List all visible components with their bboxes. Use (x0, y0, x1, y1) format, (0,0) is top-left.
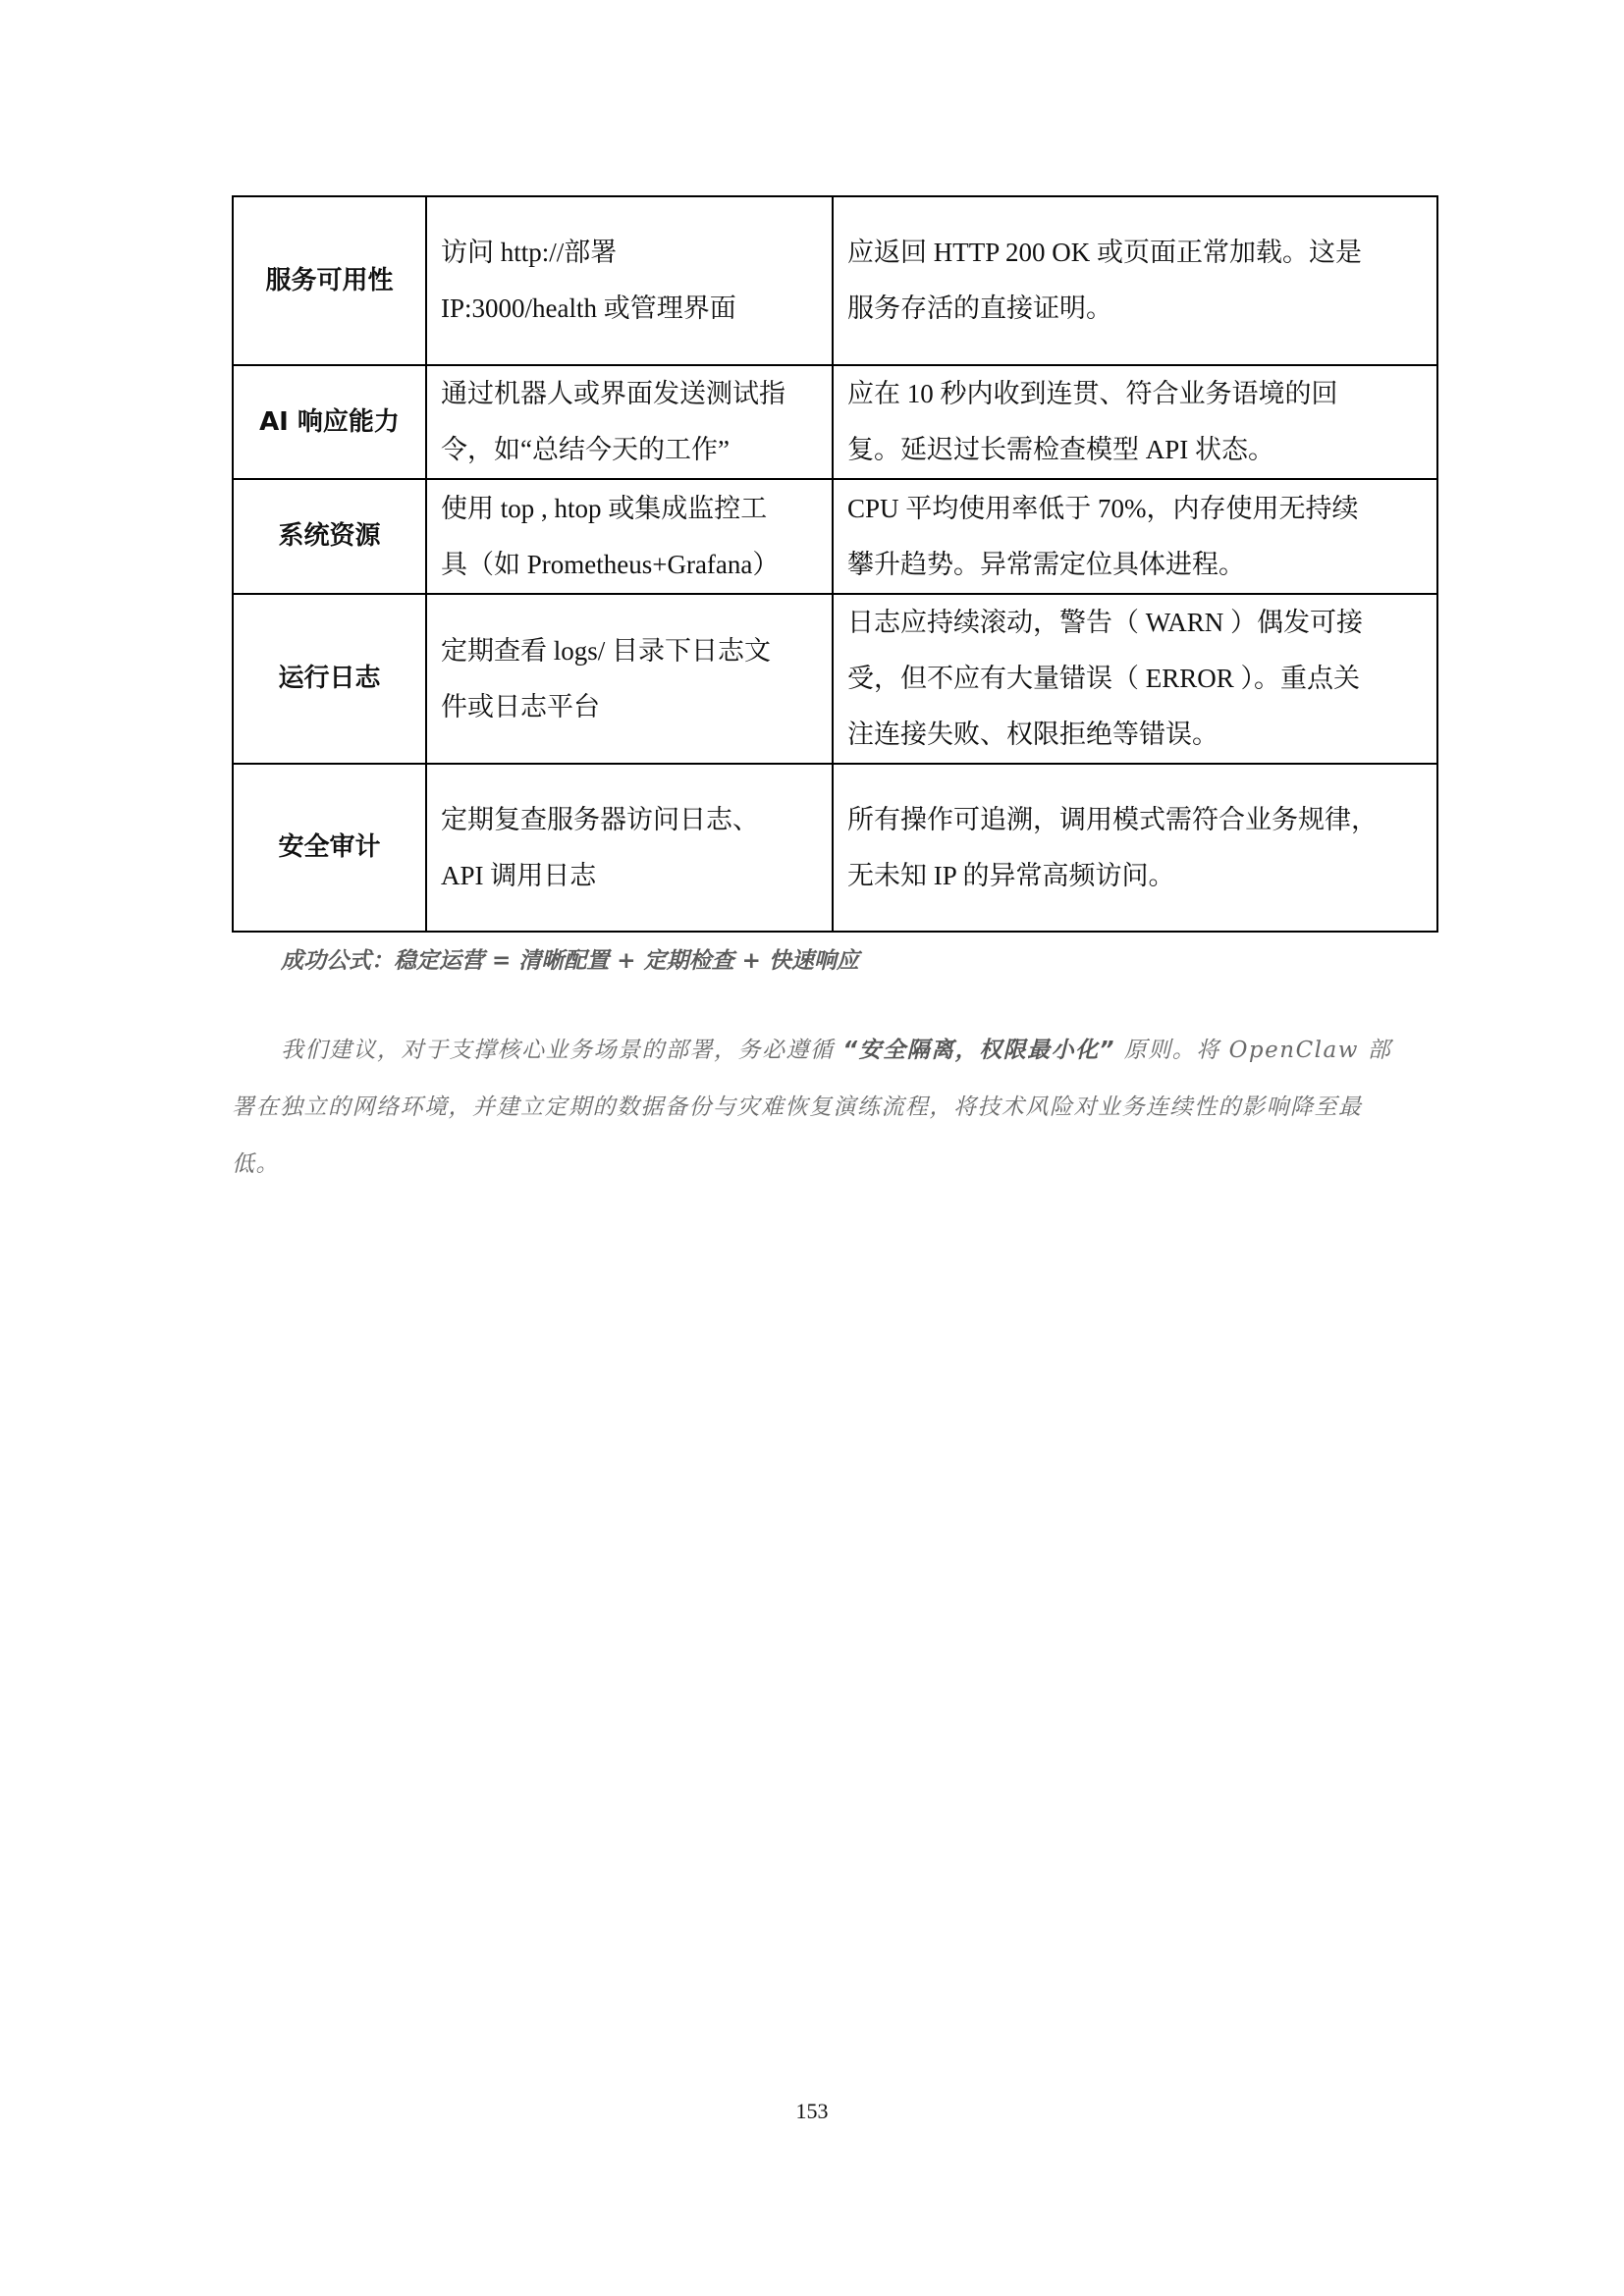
table-row: 运行日志 定期查看 logs/ 目录下日志文 件或日志平台 日志应持续滚动，警告… (233, 594, 1437, 764)
check-standard-line: 服务存活的直接证明。 (847, 281, 1423, 337)
check-method-line: 定期复查服务器访问日志、 (441, 792, 818, 848)
check-standard-cell: 应在 10 秒内收到连贯、符合业务语境的回 复。延迟过长需检查模型 API 状态… (833, 365, 1437, 479)
check-method-line: 通过机器人或界面发送测试指 (441, 366, 818, 422)
check-standard-cell: 应返回 HTTP 200 OK 或页面正常加载。这是 服务存活的直接证明。 (833, 196, 1437, 365)
check-item-cell: 运行日志 (233, 594, 426, 764)
check-method-cell: 使用 top , htop 或集成监控工 具（如 Prometheus+Graf… (426, 479, 833, 594)
check-item-label: 系统资源 (240, 508, 419, 564)
check-standard-line: 攀升趋势。异常需定位具体进程。 (847, 537, 1423, 593)
table-row: 服务可用性 访问 http://部署 IP:3000/health 或管理界面 … (233, 196, 1437, 365)
table-row: 系统资源 使用 top , htop 或集成监控工 具（如 Prometheus… (233, 479, 1437, 594)
check-standard-line: 所有操作可追溯，调用模式需符合业务规律， (847, 792, 1423, 848)
check-method-line: 件或日志平台 (441, 679, 818, 735)
check-standard-line: 受，但不应有大量错误（ ERROR ）。重点关 (847, 651, 1423, 707)
check-standard-line: 应在 10 秒内收到连贯、符合业务语境的回 (847, 366, 1423, 422)
check-standard-line: 应返回 HTTP 200 OK 或页面正常加载。这是 (847, 225, 1423, 281)
check-method-cell: 定期复查服务器访问日志、 API 调用日志 (426, 764, 833, 932)
table-row: AI 响应能力 通过机器人或界面发送测试指 令，如“总结今天的工作” 应在 10… (233, 365, 1437, 479)
check-item-cell: 服务可用性 (233, 196, 426, 365)
check-method-line: 具（如 Prometheus+Grafana） (441, 537, 818, 593)
check-method-cell: 定期查看 logs/ 目录下日志文 件或日志平台 (426, 594, 833, 764)
check-item-cell: 系统资源 (233, 479, 426, 594)
check-method-line: API 调用日志 (441, 848, 818, 904)
table-row: 安全审计 定期复查服务器访问日志、 API 调用日志 所有操作可追溯，调用模式需… (233, 764, 1437, 932)
check-standard-line: CPU 平均使用率低于 70%，内存使用无持续 (847, 481, 1423, 537)
check-method-line: IP:3000/health 或管理界面 (441, 281, 818, 337)
document-page: 服务可用性 访问 http://部署 IP:3000/health 或管理界面 … (0, 0, 1624, 2296)
check-standard-cell: 所有操作可追溯，调用模式需符合业务规律， 无未知 IP 的异常高频访问。 (833, 764, 1437, 932)
check-method-line: 使用 top , htop 或集成监控工 (441, 481, 818, 537)
success-formula: 成功公式：稳定运营 = 清晰配置 + 定期检查 + 快速响应 (281, 942, 859, 975)
check-standard-line: 无未知 IP 的异常高频访问。 (847, 848, 1423, 904)
check-standard-line: 注连接失败、权限拒绝等错误。 (847, 707, 1423, 763)
check-standard-cell: 日志应持续滚动，警告（ WARN ）偶发可接 受，但不应有大量错误（ ERROR… (833, 594, 1437, 764)
recommendation-emphasis: “安全隔离，权限最小化” (842, 1038, 1115, 1063)
check-standard-line: 复。延迟过长需检查模型 API 状态。 (847, 422, 1423, 478)
check-method-cell: 通过机器人或界面发送测试指 令，如“总结今天的工作” (426, 365, 833, 479)
recommendation-paragraph: 我们建议，对于支撑核心业务场景的部署，务必遵循 “安全隔离，权限最小化” 原则。… (232, 1022, 1410, 1193)
check-item-label: 服务可用性 (240, 253, 419, 309)
check-method-line: 定期查看 logs/ 目录下日志文 (441, 623, 818, 679)
check-method-line: 令，如“总结今天的工作” (441, 422, 818, 478)
check-method-line: 访问 http://部署 (441, 225, 818, 281)
recommendation-text-before: 我们建议，对于支撑核心业务场景的部署，务必遵循 (281, 1038, 842, 1063)
check-item-label: 安全审计 (240, 820, 419, 876)
check-item-label: AI 响应能力 (240, 395, 419, 451)
check-item-cell: AI 响应能力 (233, 365, 426, 479)
check-item-label: 运行日志 (240, 651, 419, 707)
check-standard-cell: CPU 平均使用率低于 70%，内存使用无持续 攀升趋势。异常需定位具体进程。 (833, 479, 1437, 594)
check-standard-line: 日志应持续滚动，警告（ WARN ）偶发可接 (847, 595, 1423, 651)
operations-check-table: 服务可用性 访问 http://部署 IP:3000/health 或管理界面 … (232, 195, 1438, 933)
page-number: 153 (0, 2099, 1624, 2124)
check-item-cell: 安全审计 (233, 764, 426, 932)
check-method-cell: 访问 http://部署 IP:3000/health 或管理界面 (426, 196, 833, 365)
